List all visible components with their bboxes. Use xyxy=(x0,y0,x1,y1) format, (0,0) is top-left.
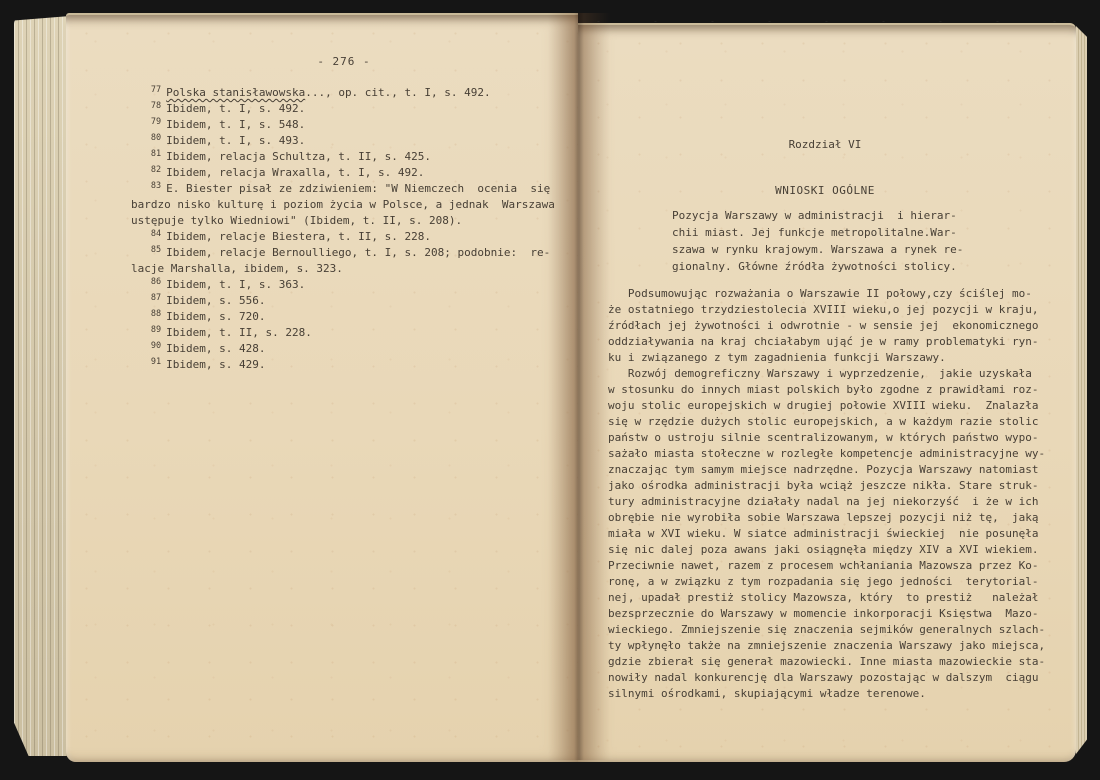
footnote-row: 89Ibidem, t. II, s. 228. xyxy=(131,325,573,341)
abstract-line: szawa w rynku krajowym. Warszawa a rynek… xyxy=(672,241,963,258)
footnote-text: Ibidem, relacja Schultza, t. II, s. 425. xyxy=(166,150,431,163)
footnote-row: 80Ibidem, t. I, s. 493. xyxy=(131,133,573,149)
abstract-line: gionalny. Główne źródła żywotności stoli… xyxy=(672,258,963,275)
footnote-underlined-text: Polska stanisławowska xyxy=(166,86,305,99)
footnote-text: Ibidem, relacje Bernoulliego, t. I, s. 2… xyxy=(166,246,550,259)
footnote-text: ..., op. cit., t. I, s. 492. xyxy=(305,86,490,99)
footnote-row: 85Ibidem, relacje Bernoulliego, t. I, s.… xyxy=(131,245,573,261)
book-scan: - 276 - 77Polska stanisławowska..., op. … xyxy=(0,0,1100,780)
footnote-number: 83 xyxy=(151,181,161,191)
footnote-number: 80 xyxy=(151,133,161,143)
body-text-line: nowiły nadal konkurencję dla Warszawy po… xyxy=(608,670,1054,686)
footnote-indent xyxy=(131,150,151,163)
footnote-number: 79 xyxy=(151,117,161,127)
footnote-row: lacje Marshalla, ibidem, s. 323. xyxy=(131,261,573,277)
body-text: Podsumowując rozważania o Warszawie II p… xyxy=(608,286,1054,702)
body-text-line: tury administracyjne działały nadal na j… xyxy=(608,494,1054,510)
footnote-row: 90Ibidem, s. 428. xyxy=(131,341,573,357)
body-text-line: nej, upadał prestiż stolicy Mazowsza, kt… xyxy=(608,590,1054,606)
right-page: Rozdział VI WNIOSKI OGÓLNE Pozycja Warsz… xyxy=(578,23,1076,762)
footnote-text: Ibidem, relacje Biestera, t. II, s. 228. xyxy=(166,230,431,243)
body-text-line: oddziaływania na kraj chciałabym ująć je… xyxy=(608,334,1054,350)
body-text-line: sażało miasta stołeczne w rozległe kompe… xyxy=(608,446,1054,462)
footnote-text: Ibidem, t. II, s. 228. xyxy=(166,326,312,339)
body-text-line: silnymi ośrodkami, skupiającymi władze t… xyxy=(608,686,1054,702)
footnote-text: Ibidem, s. 428. xyxy=(166,342,265,355)
body-text-line: Rozwój demogreficzny Warszawy i wyprzedz… xyxy=(608,366,1054,382)
footnote-row: 82Ibidem, relacja Wraxalla, t. I, s. 492… xyxy=(131,165,573,181)
footnote-list: 77Polska stanisławowska..., op. cit., t.… xyxy=(131,85,573,373)
footnote-number: 85 xyxy=(151,245,161,255)
body-text-line: ku i związanego z tym zagadnienia funkcj… xyxy=(608,350,1054,366)
section-title: WNIOSKI OGÓLNE xyxy=(608,183,1042,199)
footnote-row: 83E. Biester pisał ze zdziwieniem: "W Ni… xyxy=(131,181,573,197)
body-text-line: bezsprzecznie do Warszawy w momencie ink… xyxy=(608,606,1054,622)
footnote-number: 81 xyxy=(151,149,161,159)
left-page: - 276 - 77Polska stanisławowska..., op. … xyxy=(66,13,578,762)
chapter-heading: Rozdział VI xyxy=(608,137,1042,153)
footnote-indent xyxy=(131,326,151,339)
footnote-indent xyxy=(131,342,151,355)
footnote-row: 79Ibidem, t. I, s. 548. xyxy=(131,117,573,133)
footnote-number: 86 xyxy=(151,277,161,287)
footnote-indent xyxy=(131,278,151,291)
body-text-line: w stosunku do innych miast polskich było… xyxy=(608,382,1054,398)
body-text-line: miała w XVI wieku. W siatce administracj… xyxy=(608,526,1054,542)
footnote-indent xyxy=(131,102,151,115)
footnote-number: 88 xyxy=(151,309,161,319)
footnote-text: Ibidem, relacja Wraxalla, t. I, s. 492. xyxy=(166,166,424,179)
footnote-number: 90 xyxy=(151,341,161,351)
abstract-block: Pozycja Warszawy w administracji i hiera… xyxy=(672,207,963,275)
footnote-number: 89 xyxy=(151,325,161,335)
footnote-row: 78Ibidem, t. I, s. 492. xyxy=(131,101,573,117)
footnote-indent xyxy=(131,310,151,323)
body-text-line: obrębie nie wyrobiła sobie Warszawa leps… xyxy=(608,510,1054,526)
body-text-line: ronę, a w związku z tym rozpadania się j… xyxy=(608,574,1054,590)
footnote-indent xyxy=(131,166,151,179)
footnote-row: bardzo nisko kulturę i poziom życia w Po… xyxy=(131,197,573,213)
footnote-row: 81Ibidem, relacja Schultza, t. II, s. 42… xyxy=(131,149,573,165)
footnote-text: Ibidem, s. 556. xyxy=(166,294,265,307)
body-text-line: że ostatniego trzydziestolecia XVIII wie… xyxy=(608,302,1054,318)
footnote-number: 87 xyxy=(151,293,161,303)
footnote-text: lacje Marshalla, ibidem, s. 323. xyxy=(131,262,343,275)
footnote-row: 77Polska stanisławowska..., op. cit., t.… xyxy=(131,85,573,101)
footnote-number: 78 xyxy=(151,101,161,111)
footnote-row: 86Ibidem, t. I, s. 363. xyxy=(131,277,573,293)
footnote-indent xyxy=(131,230,151,243)
footnote-indent xyxy=(131,86,151,99)
footnote-text: Ibidem, t. I, s. 492. xyxy=(166,102,305,115)
body-text-line: ty wpłynęło także na zmniejszenie znacze… xyxy=(608,638,1054,654)
footnote-row: 91Ibidem, s. 429. xyxy=(131,357,573,373)
footnote-number: 91 xyxy=(151,357,161,367)
body-text-line: się w rzędzie dużych stolic europejskich… xyxy=(608,414,1054,430)
footnote-number: 82 xyxy=(151,165,161,175)
body-text-line: gdzie zbierał się generał mazowiecki. In… xyxy=(608,654,1054,670)
footnote-text: ustępuje tylko Wiedniowi" (Ibidem, t. II… xyxy=(131,214,462,227)
body-text-line: Podsumowując rozważania o Warszawie II p… xyxy=(608,286,1054,302)
footnote-text: Ibidem, s. 429. xyxy=(166,358,265,371)
footnote-text: Ibidem, s. 720. xyxy=(166,310,265,323)
footnote-row: ustępuje tylko Wiedniowi" (Ibidem, t. II… xyxy=(131,213,573,229)
footnote-text: Ibidem, t. I, s. 363. xyxy=(166,278,305,291)
footnote-row: 87Ibidem, s. 556. xyxy=(131,293,573,309)
body-text-line: źródłach jej żywotności i odwrotnie - w … xyxy=(608,318,1054,334)
footnote-indent xyxy=(131,294,151,307)
footnote-row: 88Ibidem, s. 720. xyxy=(131,309,573,325)
body-text-line: państw o ustroju silnie scentralizowanym… xyxy=(608,430,1054,446)
footnote-text: Ibidem, t. I, s. 548. xyxy=(166,118,305,131)
footnote-indent xyxy=(131,182,151,195)
right-page-edge xyxy=(1076,26,1087,754)
page-stack-edge xyxy=(14,16,70,756)
footnote-text: E. Biester pisał ze zdziwieniem: "W Niem… xyxy=(166,182,550,195)
body-text-line: się nic dalej poza awans jaki osiągnęła … xyxy=(608,542,1054,558)
footnote-text: bardzo nisko kulturę i poziom życia w Po… xyxy=(131,198,555,211)
body-text-line: woju stolic europejskich w drugiej połow… xyxy=(608,398,1054,414)
footnote-row: 84Ibidem, relacje Biestera, t. II, s. 22… xyxy=(131,229,573,245)
page-number: - 276 - xyxy=(131,54,557,70)
footnote-number: 84 xyxy=(151,229,161,239)
footnote-indent xyxy=(131,134,151,147)
body-text-line: Przeciwnie nawet, razem z procesem wchła… xyxy=(608,558,1054,574)
body-text-line: wieckiego. Zmniejszenie się znaczenia se… xyxy=(608,622,1054,638)
body-text-line: znaczając tym samym miejsce nadrzędne. P… xyxy=(608,462,1054,478)
abstract-line: chii miast. Jej funkcje metropolitalne.W… xyxy=(672,224,963,241)
abstract-line: Pozycja Warszawy w administracji i hiera… xyxy=(672,207,963,224)
footnote-number: 77 xyxy=(151,85,161,95)
footnote-indent xyxy=(131,358,151,371)
body-text-line: jako ośrodka administracji była wciąż je… xyxy=(608,478,1054,494)
footnote-text: Ibidem, t. I, s. 493. xyxy=(166,134,305,147)
footnote-indent xyxy=(131,118,151,131)
footnote-indent xyxy=(131,246,151,259)
